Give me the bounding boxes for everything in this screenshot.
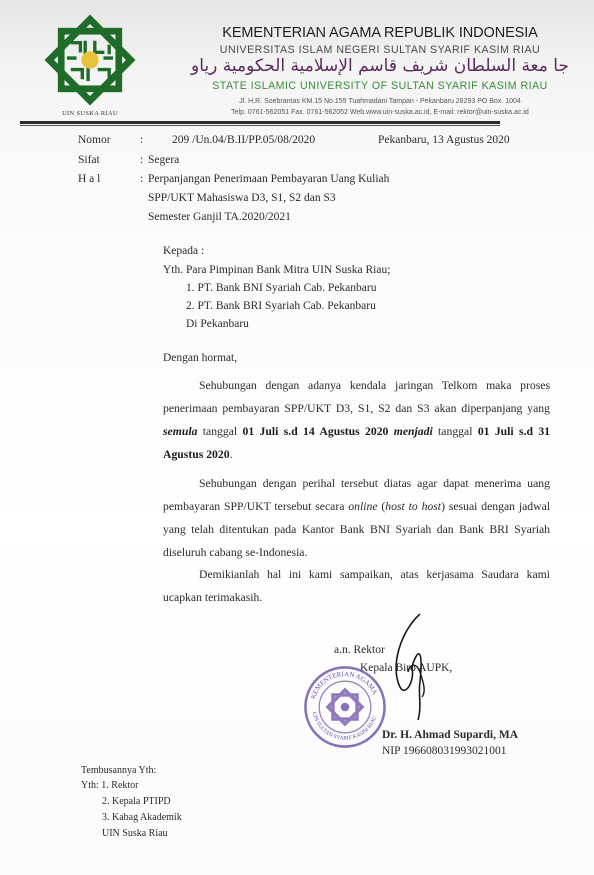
- greeting: Dengan hormat,: [163, 352, 237, 364]
- hal-line-2: SPP/UKT Mahasiswa D3, S1, S2 dan S3: [148, 192, 336, 204]
- hal-colon: :: [140, 173, 143, 185]
- signatory-name: Dr. H. Ahmad Supardi, MA: [382, 729, 518, 741]
- cc-item: 3. Kabag Akademik: [102, 812, 182, 823]
- university-logo: [42, 12, 138, 108]
- cc-item: 2. Kepala PTIPD: [102, 796, 171, 807]
- nomor-value: 209 /Un.04/B.II/PP.05/08/2020: [172, 134, 315, 146]
- paragraph-2: Sehubungan dengan perihal tersebut diata…: [163, 472, 550, 564]
- nomor-colon: :: [140, 134, 143, 146]
- university-name-id: UNIVERSITAS ISLAM NEGERI SULTAN SYARIF K…: [180, 44, 580, 56]
- logo-caption: UIN SUSKA RIAU: [42, 110, 138, 117]
- signatory-nip: NIP 196608031993021001: [382, 745, 506, 757]
- sifat-colon: :: [140, 154, 143, 166]
- hal-line-3: Semester Ganjil TA.2020/2021: [148, 211, 291, 223]
- university-name-arabic: جا معة السلطان شريف قاسم الإسلامية الحكو…: [180, 56, 580, 76]
- sifat-label: Sifat: [78, 154, 100, 166]
- cc-footer: UIN Suska Riau: [102, 828, 168, 839]
- sifat-value: Segera: [148, 154, 179, 166]
- handwritten-signature: [380, 612, 460, 722]
- hal-label: H a l: [78, 173, 100, 185]
- recipient-location: Di Pekanbaru: [186, 318, 249, 330]
- letterhead-rule: [20, 121, 500, 124]
- recipient-item: 1. PT. Bank BNI Syariah Cab. Pekanbaru: [186, 282, 376, 294]
- paragraph-3: Demikianlah hal ini kami sampaikan, atas…: [163, 563, 550, 609]
- hal-line-1: Perpanjangan Penerimaan Pembayaran Uang …: [148, 173, 389, 185]
- paragraph-1: Sehubungan dengan adanya kendala jaringa…: [163, 374, 550, 466]
- cc-title: Tembusannya Yth:: [81, 765, 156, 776]
- letter-date: Pekanbaru, 13 Agustus 2020: [378, 134, 510, 146]
- signature-on-behalf: a.n. Rektor: [334, 644, 385, 656]
- kepada-label: Kepada :: [163, 245, 204, 257]
- university-name-en: STATE ISLAMIC UNIVERSITY OF SULTAN SYARI…: [180, 80, 580, 92]
- official-stamp: KEMENTERIAN AGAMA UIN SULTAN SYARIF KASI…: [302, 664, 388, 750]
- recipient-line: Yth. Para Pimpinan Bank Mitra UIN Suska …: [163, 264, 390, 276]
- letterhead-rule-thin: [20, 125, 500, 126]
- cc-item: Yth: 1. Rektor: [81, 780, 139, 791]
- nomor-label: Nomor: [78, 134, 111, 146]
- address: Jl. H.R. Soebrantas KM.15 No.155 Tuahmad…: [180, 98, 580, 105]
- contact-info: Telp. 0761-562051 Fax. 0761-562052 Web.w…: [180, 109, 580, 116]
- recipient-item: 2. PT. Bank BRI Syariah Cab. Pekanbaru: [186, 300, 376, 312]
- ministry-title: KEMENTERIAN AGAMA REPUBLIK INDONESIA: [180, 25, 580, 41]
